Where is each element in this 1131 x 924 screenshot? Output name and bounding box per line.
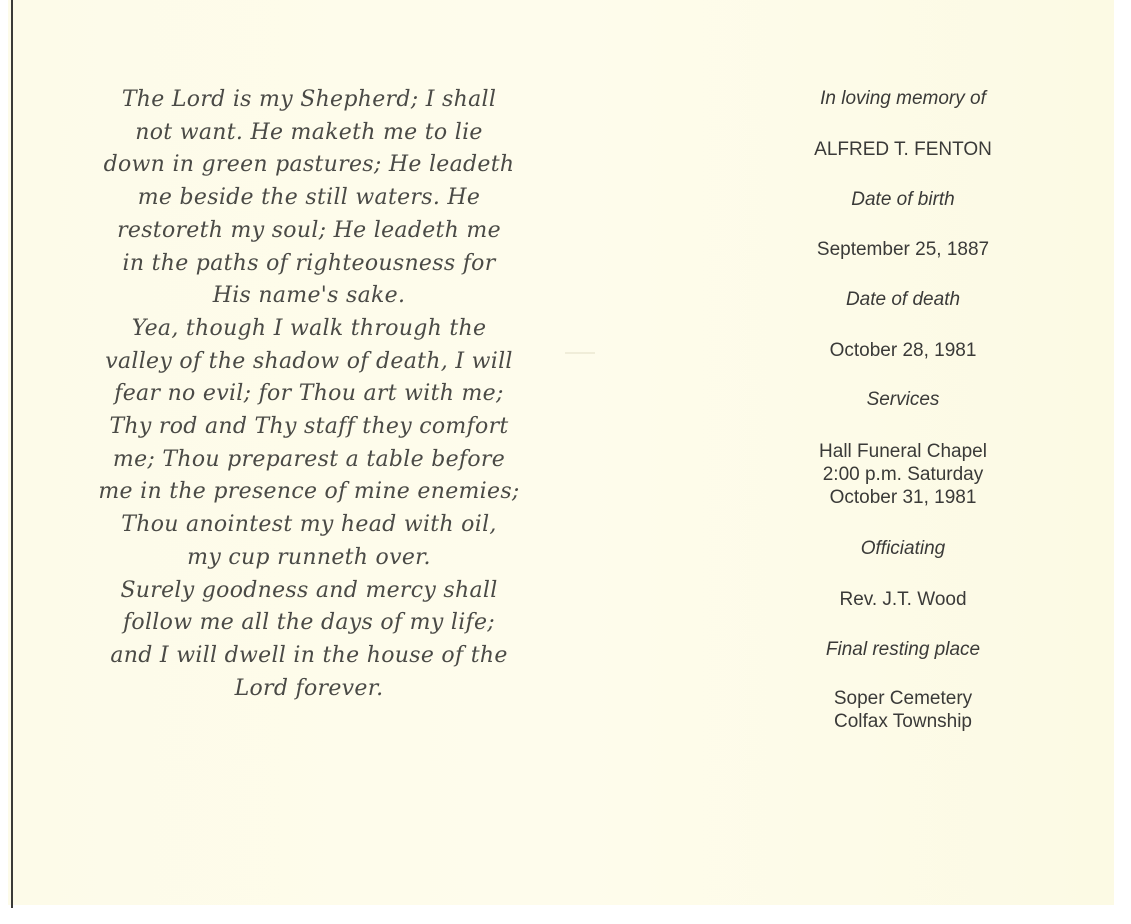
psalm-line: Yea, though I walk through the [62, 313, 556, 346]
psalm-line: Thou anointest my head with oil, [62, 509, 556, 542]
services-details: Hall Funeral Chapel 2:00 p.m. Saturday O… [770, 440, 1036, 509]
resting-place-label: Final resting place [770, 639, 1036, 661]
psalm-line: restoreth my soul; He leadeth me [62, 215, 556, 248]
officiant-name: Rev. J.T. Wood [770, 589, 1036, 611]
resting-place: Soper Cemetery Colfax Township [770, 687, 1036, 733]
page-edge-line [11, 0, 13, 908]
psalm-line: Lord forever. [62, 673, 556, 706]
psalm-line: me in the presence of mine enemies; [62, 476, 556, 509]
birth-date: September 25, 1887 [770, 239, 1036, 261]
psalm-line: not want. He maketh me to lie [62, 117, 556, 150]
deceased-name: ALFRED T. FENTON [770, 139, 1036, 161]
psalm-line: in the paths of righteousness for [62, 248, 556, 281]
page-margin [1114, 0, 1131, 924]
psalm-line: and I will dwell in the house of the [62, 640, 556, 673]
services-date: October 31, 1981 [770, 486, 1036, 509]
psalm-23-text: The Lord is my Shepherd; I shallnot want… [62, 84, 556, 705]
psalm-line: my cup runneth over. [62, 542, 556, 575]
psalm-line: me; Thou preparest a table before [62, 444, 556, 477]
cemetery-name: Soper Cemetery [770, 687, 1036, 710]
fold-mark [565, 352, 595, 354]
services-time: 2:00 p.m. Saturday [770, 463, 1036, 486]
officiating-label: Officiating [770, 538, 1036, 560]
psalm-line: me beside the still waters. He [62, 182, 556, 215]
services-label: Services [770, 389, 1036, 411]
intro-label: In loving memory of [770, 88, 1036, 110]
psalm-line: Surely goodness and mercy shall [62, 575, 556, 608]
psalm-line: Thy rod and Thy staff they comfort [62, 411, 556, 444]
psalm-line: follow me all the days of my life; [62, 607, 556, 640]
birth-label: Date of birth [770, 189, 1036, 211]
township-name: Colfax Township [770, 710, 1036, 733]
psalm-line: The Lord is my Shepherd; I shall [62, 84, 556, 117]
psalm-line: down in green pastures; He leadeth [62, 149, 556, 182]
death-date: October 28, 1981 [770, 340, 1036, 362]
death-label: Date of death [770, 289, 1036, 311]
psalm-line: fear no evil; for Thou art with me; [62, 378, 556, 411]
services-location: Hall Funeral Chapel [770, 440, 1036, 463]
psalm-line: His name's sake. [62, 280, 556, 313]
psalm-line: valley of the shadow of death, I will [62, 346, 556, 379]
